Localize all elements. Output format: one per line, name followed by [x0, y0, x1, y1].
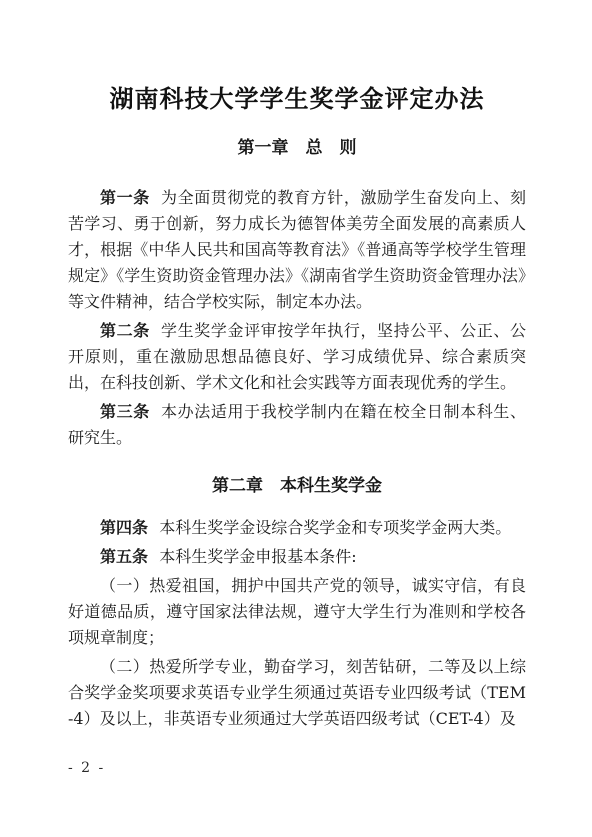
article-5-label: 第五条	[100, 547, 159, 566]
article-4-body: 本科生奖学金设综合奖学金和专项奖学金两大类。	[159, 518, 511, 537]
article-3-label: 第三条	[100, 402, 161, 421]
article-1-label: 第一条	[100, 188, 161, 207]
article-3: 第三条本办法适用于我校学制内在籍在校全日制本科生、研究生。	[68, 399, 526, 451]
article-5: 第五条本科生奖学金申报基本条件:	[68, 544, 526, 570]
article-2: 第二条学生奖学金评审按学年执行，坚持公平、公正、公开原则，重在激励思想品德良好、…	[68, 318, 526, 396]
article-5-body: 本科生奖学金申报基本条件:	[159, 547, 356, 566]
document-page: 湖南科技大学学生奖学金评定办法 第一章 总 则 第一条为全面贯彻党的教育方针，激…	[0, 0, 592, 837]
article-1: 第一条为全面贯彻党的教育方针，激励学生奋发向上、刻苦学习、勇于创新，努力成长为德…	[68, 185, 526, 315]
condition-item-1: （一）热爱祖国，拥护中国共产党的领导，诚实守信，有良好道德品质，遵守国家法律法规…	[68, 573, 526, 651]
chapter-1-heading: 第一章 总 则	[68, 137, 526, 159]
condition-item-2: （二）热爱所学专业，勤奋学习，刻苦钻研，二等及以上综合奖学金奖项要求英语专业学生…	[68, 654, 526, 732]
article-4-label: 第四条	[100, 518, 159, 537]
document-title: 湖南科技大学学生奖学金评定办法	[68, 82, 526, 115]
article-4: 第四条本科生奖学金设综合奖学金和专项奖学金两大类。	[68, 515, 526, 541]
chapter-2-heading: 第二章 本科生奖学金	[68, 475, 526, 497]
article-2-label: 第二条	[100, 321, 161, 340]
page-number: - 2 -	[68, 760, 105, 776]
